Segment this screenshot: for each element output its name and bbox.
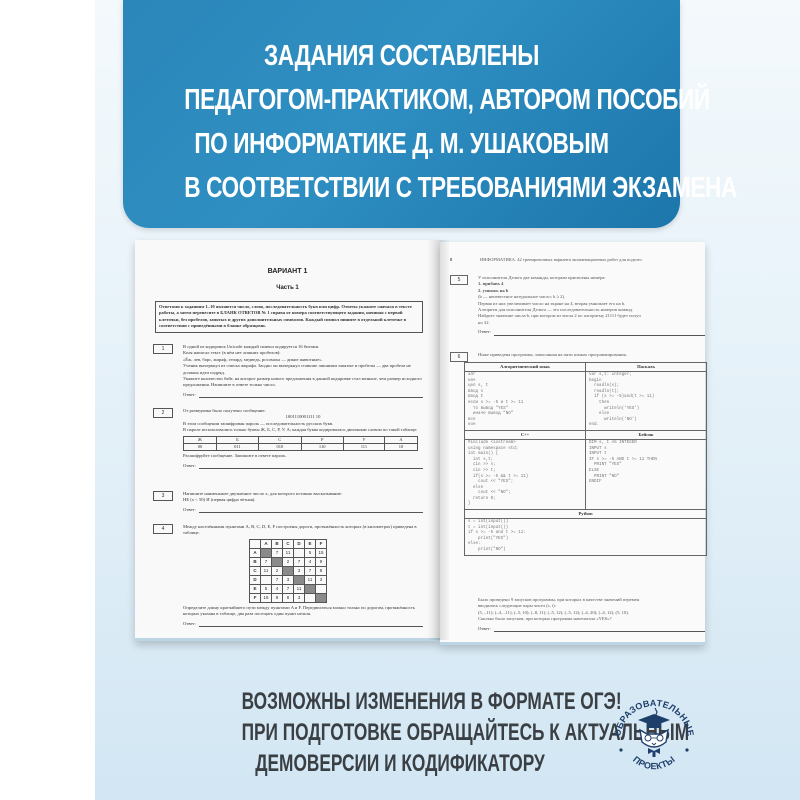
answer-label: Ответ: bbox=[183, 621, 196, 627]
distance-table-header: D bbox=[294, 539, 305, 548]
distance-table-header: C bbox=[283, 539, 294, 548]
code-table-code: 111 bbox=[343, 444, 384, 451]
variant-title: ВАРИАНТ 1 bbox=[135, 268, 440, 275]
language-name: C++ bbox=[465, 431, 585, 440]
distance-table-cell bbox=[261, 575, 272, 584]
task-number: 6 bbox=[450, 352, 468, 362]
distance-table-cell: 7 bbox=[294, 557, 305, 566]
distance-table-cell: 11 bbox=[261, 566, 272, 575]
distance-table-cell: 3 bbox=[294, 593, 305, 602]
publisher-logo: ОБРАЗОВАТЕЛЬНЫЕ ПРОЕКТЫ ОБРАЗОВАТЕЛЬНЫЕ … bbox=[604, 688, 704, 788]
code-table-letter: Ж bbox=[184, 436, 217, 443]
distance-table-cell: 15 bbox=[261, 593, 272, 602]
distance-table-cell: 9 bbox=[272, 593, 283, 602]
task-number: 1 bbox=[153, 344, 173, 354]
distance-table-cell: 5 bbox=[305, 548, 316, 557]
code-table-letter: А bbox=[385, 436, 418, 443]
distance-table-cell bbox=[261, 548, 272, 557]
language-name: Паскаль bbox=[586, 363, 706, 372]
task-text: Между населёнными пунктами A, B, C, D, E… bbox=[183, 524, 423, 537]
program-row: Алгоритмический язык алг нач цел s, t вв… bbox=[465, 363, 706, 430]
distance-table-header: B bbox=[272, 539, 283, 548]
distance-table-row: D73113 bbox=[250, 575, 327, 584]
distance-table-cell: 4 bbox=[305, 557, 316, 566]
distance-table-cell: 4 bbox=[272, 584, 283, 593]
distance-table-cell: F bbox=[250, 593, 261, 602]
task-number: 4 bbox=[153, 524, 173, 534]
distance-table-row: A711515 bbox=[250, 548, 327, 557]
distance-table-cell bbox=[316, 593, 327, 602]
code-table-letter: С bbox=[258, 436, 301, 443]
answer-field: Ответ: bbox=[478, 626, 705, 632]
open-book: ВАРИАНТ 1 Часть 1 Ответами к заданиям 1–… bbox=[135, 240, 705, 660]
task-text: Было проведено 9 запусков программы, при… bbox=[478, 597, 705, 623]
code-table-code: 011 bbox=[216, 444, 258, 451]
program-algorithmic: Алгоритмический язык алг нач цел s, t вв… bbox=[465, 363, 586, 430]
distance-table-cell: E bbox=[250, 584, 261, 593]
distance-table-cell: 7 bbox=[261, 557, 272, 566]
answer-line bbox=[199, 392, 423, 398]
code-table-letters-row: ЖБСРУА bbox=[184, 436, 418, 443]
code-block: DIM s, t AS INTEGER INPUT s INPUT t IF s… bbox=[586, 440, 706, 487]
answer-field: Ответ: bbox=[183, 392, 423, 398]
distance-table-cell: 11 bbox=[305, 575, 316, 584]
right-page: 8 ИНФОРМАТИКА. 42 тренировочных варианта… bbox=[440, 242, 705, 645]
task-text: В одной из кодировок Unicode каждый симв… bbox=[183, 344, 423, 389]
code-table-code: 110 bbox=[301, 444, 343, 451]
distance-table-cell: 9 bbox=[316, 557, 327, 566]
program-row: C++ #include <iostream> using namespace … bbox=[465, 430, 706, 509]
language-name: Бейсик bbox=[586, 431, 706, 440]
distance-table-cell bbox=[283, 566, 294, 575]
distance-table-cell: 2 bbox=[272, 566, 283, 575]
headline-banner: Задания составлены педагогом-практиком, … bbox=[123, 0, 680, 228]
answer-line bbox=[199, 507, 423, 513]
code-table-code: 00 bbox=[184, 444, 217, 451]
distance-table-cell bbox=[294, 575, 305, 584]
distance-table-header bbox=[250, 539, 261, 548]
code-block: var s,t: integer; begin readln(s); readl… bbox=[586, 372, 706, 430]
notice-line-1: Возможны изменения в формате ОГЭ! bbox=[242, 686, 559, 717]
code-table: ЖБСРУА 0001101011011110 bbox=[183, 436, 418, 452]
answer-label: Ответ: bbox=[478, 329, 491, 335]
distance-table-row: B72749 bbox=[250, 557, 327, 566]
answer-field: Ответ: bbox=[183, 507, 423, 513]
distance-table-cell: 7 bbox=[305, 566, 316, 575]
distance-table-cell: 15 bbox=[316, 548, 327, 557]
task-text: Напишите наименьшее двузначное число x, … bbox=[183, 491, 423, 504]
task-line: Укажите количество байт, на которое разм… bbox=[183, 376, 423, 389]
answer-label: Ответ: bbox=[183, 392, 196, 398]
distance-table: ABCDEFA711515B72749C112378D73113E54711F1… bbox=[249, 539, 327, 603]
distance-table-cell: 8 bbox=[283, 593, 294, 602]
headline-line-4: в соответствии с требованиями экзамена bbox=[184, 166, 618, 210]
answer-label: Ответ: bbox=[183, 507, 196, 513]
task-line: но 32. bbox=[478, 320, 705, 326]
notice-line-3: демоверсии и кодификатору bbox=[242, 748, 559, 779]
distance-table-cell bbox=[305, 584, 316, 593]
answer-line bbox=[494, 626, 705, 632]
program-cpp: C++ #include <iostream> using namespace … bbox=[465, 431, 586, 509]
task-6-question: Было проведено 9 запусков программы, при… bbox=[450, 597, 705, 632]
code-table-code: 10 bbox=[385, 444, 418, 451]
notice-line-2: При подготовке обращайтесь к актуальным bbox=[242, 717, 559, 748]
distance-table-cell: 7 bbox=[272, 548, 283, 557]
instructions-box: Ответами к заданиям 1–10 являются число,… bbox=[155, 301, 423, 333]
task-6: 6 Ниже приведена программа, записанная н… bbox=[450, 352, 705, 358]
distance-table-cell: 3 bbox=[316, 575, 327, 584]
distance-table-cell bbox=[316, 584, 327, 593]
program-pascal: Паскаль var s,t: integer; begin readln(s… bbox=[586, 363, 706, 430]
distance-table-header: F bbox=[316, 539, 327, 548]
part-title: Часть 1 bbox=[135, 285, 440, 291]
distance-table-cell: 7 bbox=[272, 575, 283, 584]
distance-table-cell bbox=[305, 593, 316, 602]
answer-label: Ответ: bbox=[478, 626, 491, 632]
task-2: 2 От разведчика было получено сообщение:… bbox=[153, 408, 423, 469]
distance-table-cell: C bbox=[250, 566, 261, 575]
answer-line bbox=[199, 621, 423, 627]
program-row: Python s = int(input()) t = int(input())… bbox=[465, 509, 706, 555]
task-line: Между населёнными пунктами A, B, C, D, E… bbox=[183, 524, 423, 537]
book-spine-shadow bbox=[427, 240, 449, 640]
task-line: В пароле использовались только буквы Ж, … bbox=[183, 427, 423, 433]
distance-table-cell: B bbox=[250, 557, 261, 566]
answer-label: Ответ: bbox=[183, 463, 196, 469]
task-line: Сколько было запусков, при которых прогр… bbox=[478, 616, 705, 622]
code-table-code: 010 bbox=[258, 444, 301, 451]
answer-field: Ответ: bbox=[478, 329, 705, 335]
task-line: Определите длину кратчайшего пути между … bbox=[183, 605, 423, 618]
distance-table-cell: 5 bbox=[261, 584, 272, 593]
distance-table-cell: 3 bbox=[294, 566, 305, 575]
code-block: алг нач цел s, t ввод s ввод t если s >=… bbox=[465, 372, 585, 430]
task-number: 5 bbox=[450, 275, 468, 285]
distance-table-header: A bbox=[261, 539, 272, 548]
distance-table-cell bbox=[294, 548, 305, 557]
code-block: #include <iostream> using namespace std;… bbox=[465, 440, 585, 509]
distance-table-cell: 2 bbox=[283, 557, 294, 566]
task-text: От разведчика было получено сообщение: 1… bbox=[183, 408, 423, 460]
distance-table-cell: 11 bbox=[294, 584, 305, 593]
task-number: 2 bbox=[153, 408, 173, 418]
distance-table-cell: A bbox=[250, 548, 261, 557]
answer-line bbox=[199, 463, 423, 469]
headline-text: Задания составлены педагогом-практиком, … bbox=[184, 34, 618, 210]
headline-line-2: педагогом-практиком, автором пособий bbox=[184, 78, 618, 122]
program-listing-table: Алгоритмический язык алг нач цел s, t вв… bbox=[464, 362, 707, 556]
logo-bottom-label: ПРОЕКТЫ bbox=[604, 688, 605, 689]
page-number: 8 bbox=[450, 257, 480, 262]
distance-table-row: E54711 bbox=[250, 584, 327, 593]
language-name: Python bbox=[465, 510, 706, 519]
code-table-letter: У bbox=[343, 436, 384, 443]
format-notice: Возможны изменения в формате ОГЭ! При по… bbox=[242, 686, 559, 779]
task-line: НЕ (x < 50) И (первая цифра чётная). bbox=[183, 497, 423, 503]
headline-line-1: Задания составлены bbox=[184, 34, 618, 78]
code-table-letter: Б bbox=[216, 436, 258, 443]
task-number: 3 bbox=[153, 491, 173, 501]
answer-field: Ответ: bbox=[183, 621, 423, 627]
code-table-letter: Р bbox=[301, 436, 343, 443]
left-page: ВАРИАНТ 1 Часть 1 Ответами к заданиям 1–… bbox=[135, 240, 440, 641]
program-python: Python s = int(input()) t = int(input())… bbox=[465, 510, 706, 555]
running-header: 8 ИНФОРМАТИКА. 42 тренировочных варианта… bbox=[450, 257, 700, 262]
distance-table-cell: 11 bbox=[283, 548, 294, 557]
code-block: s = int(input()) t = int(input()) if s >… bbox=[465, 519, 706, 555]
headline-line-3: по информатике Д. М. Ушаковым bbox=[184, 122, 618, 166]
answer-line bbox=[494, 330, 705, 336]
running-header-text: ИНФОРМАТИКА. 42 тренировочных варианта э… bbox=[480, 257, 642, 262]
distance-table-cell bbox=[272, 557, 283, 566]
distance-table-cell: 7 bbox=[283, 584, 294, 593]
distance-table-row: C112378 bbox=[250, 566, 327, 575]
task-3: 3 Напишите наименьшее двузначное число x… bbox=[153, 491, 423, 513]
distance-table-cell: D bbox=[250, 575, 261, 584]
task-line: Ученик вычеркнул из списка жирафа. Заодн… bbox=[183, 363, 423, 376]
distance-table-header: E bbox=[305, 539, 316, 548]
answer-field: Ответ: bbox=[183, 463, 423, 469]
task-intro: Ниже приведена программа, записанная на … bbox=[478, 352, 705, 358]
code-table-codes-row: 0001101011011110 bbox=[184, 444, 418, 451]
distance-table-row: F15983 bbox=[250, 593, 327, 602]
task-line: Расшифруйте сообщение. Запишите в ответе… bbox=[183, 453, 423, 459]
language-name: Алгоритмический язык bbox=[465, 363, 585, 372]
task-text: У исполнителя Дельта две команды, которы… bbox=[478, 275, 705, 326]
task-1: 1 В одной из кодировок Unicode каждый си… bbox=[153, 344, 423, 398]
program-basic: Бейсик DIM s, t AS INTEGER INPUT s INPUT… bbox=[586, 431, 706, 509]
distance-table-cell: 8 bbox=[316, 566, 327, 575]
task-4: 4 Между населёнными пунктами A, B, C, D,… bbox=[153, 524, 423, 627]
cat-graduate-icon: ОБРАЗОВАТЕЛЬНЫЕ ПРОЕКТЫ bbox=[604, 688, 704, 788]
task-5: 5 У исполнителя Дельта две команды, кото… bbox=[450, 275, 705, 336]
distance-table-cell: 3 bbox=[283, 575, 294, 584]
